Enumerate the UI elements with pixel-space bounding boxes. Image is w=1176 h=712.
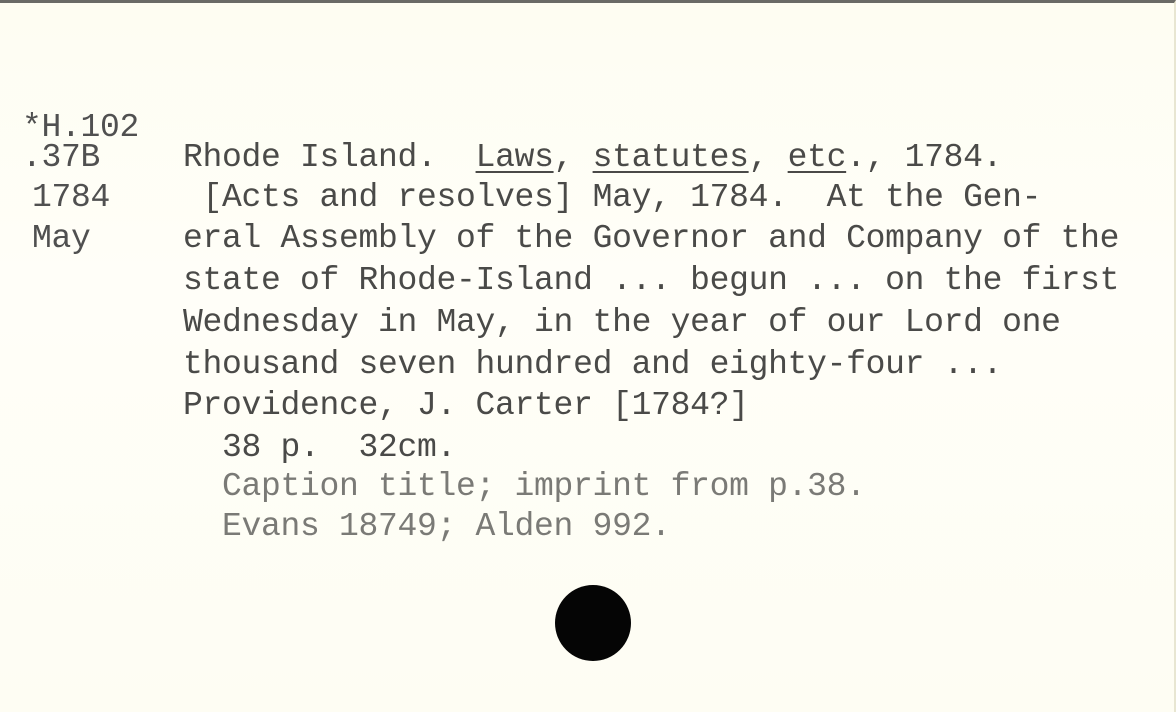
uniform-title-laws: Laws (476, 139, 554, 176)
collation-note: 38 p. 32cm. (222, 431, 456, 464)
title-line: thousand seven hundred and eighty-four .… (183, 348, 1002, 381)
corporate-author: Rhode Island. (183, 139, 437, 176)
title-line: state of Rhode-Island ... begun ... on t… (183, 264, 1119, 297)
heading: Rhode Island. Laws, statutes, etc., 1784… (183, 141, 1002, 174)
title-line: Wednesday in May, in the year of our Lor… (183, 306, 1061, 339)
reference-note: Evans 18749; Alden 992. (222, 510, 671, 543)
call-number-line: May (32, 222, 91, 255)
punch-hole-icon (555, 585, 631, 661)
title-line: eral Assembly of the Governor and Compan… (183, 222, 1119, 255)
caption-note: Caption title; imprint from p.38. (222, 470, 866, 503)
call-number-line: .37B (22, 141, 100, 174)
call-number-line: 1784 (32, 181, 110, 214)
title-line: [Acts and resolves] May, 1784. At the Ge… (183, 181, 1041, 214)
heading-date: 1784. (905, 139, 1003, 176)
catalog-card: *H.102 .37B 1784 May Rhode Island. Laws,… (0, 0, 1176, 712)
uniform-title-etc: etc (788, 139, 847, 176)
uniform-title-statutes: statutes (593, 139, 749, 176)
imprint-line: Providence, J. Carter [1784?] (183, 389, 749, 422)
